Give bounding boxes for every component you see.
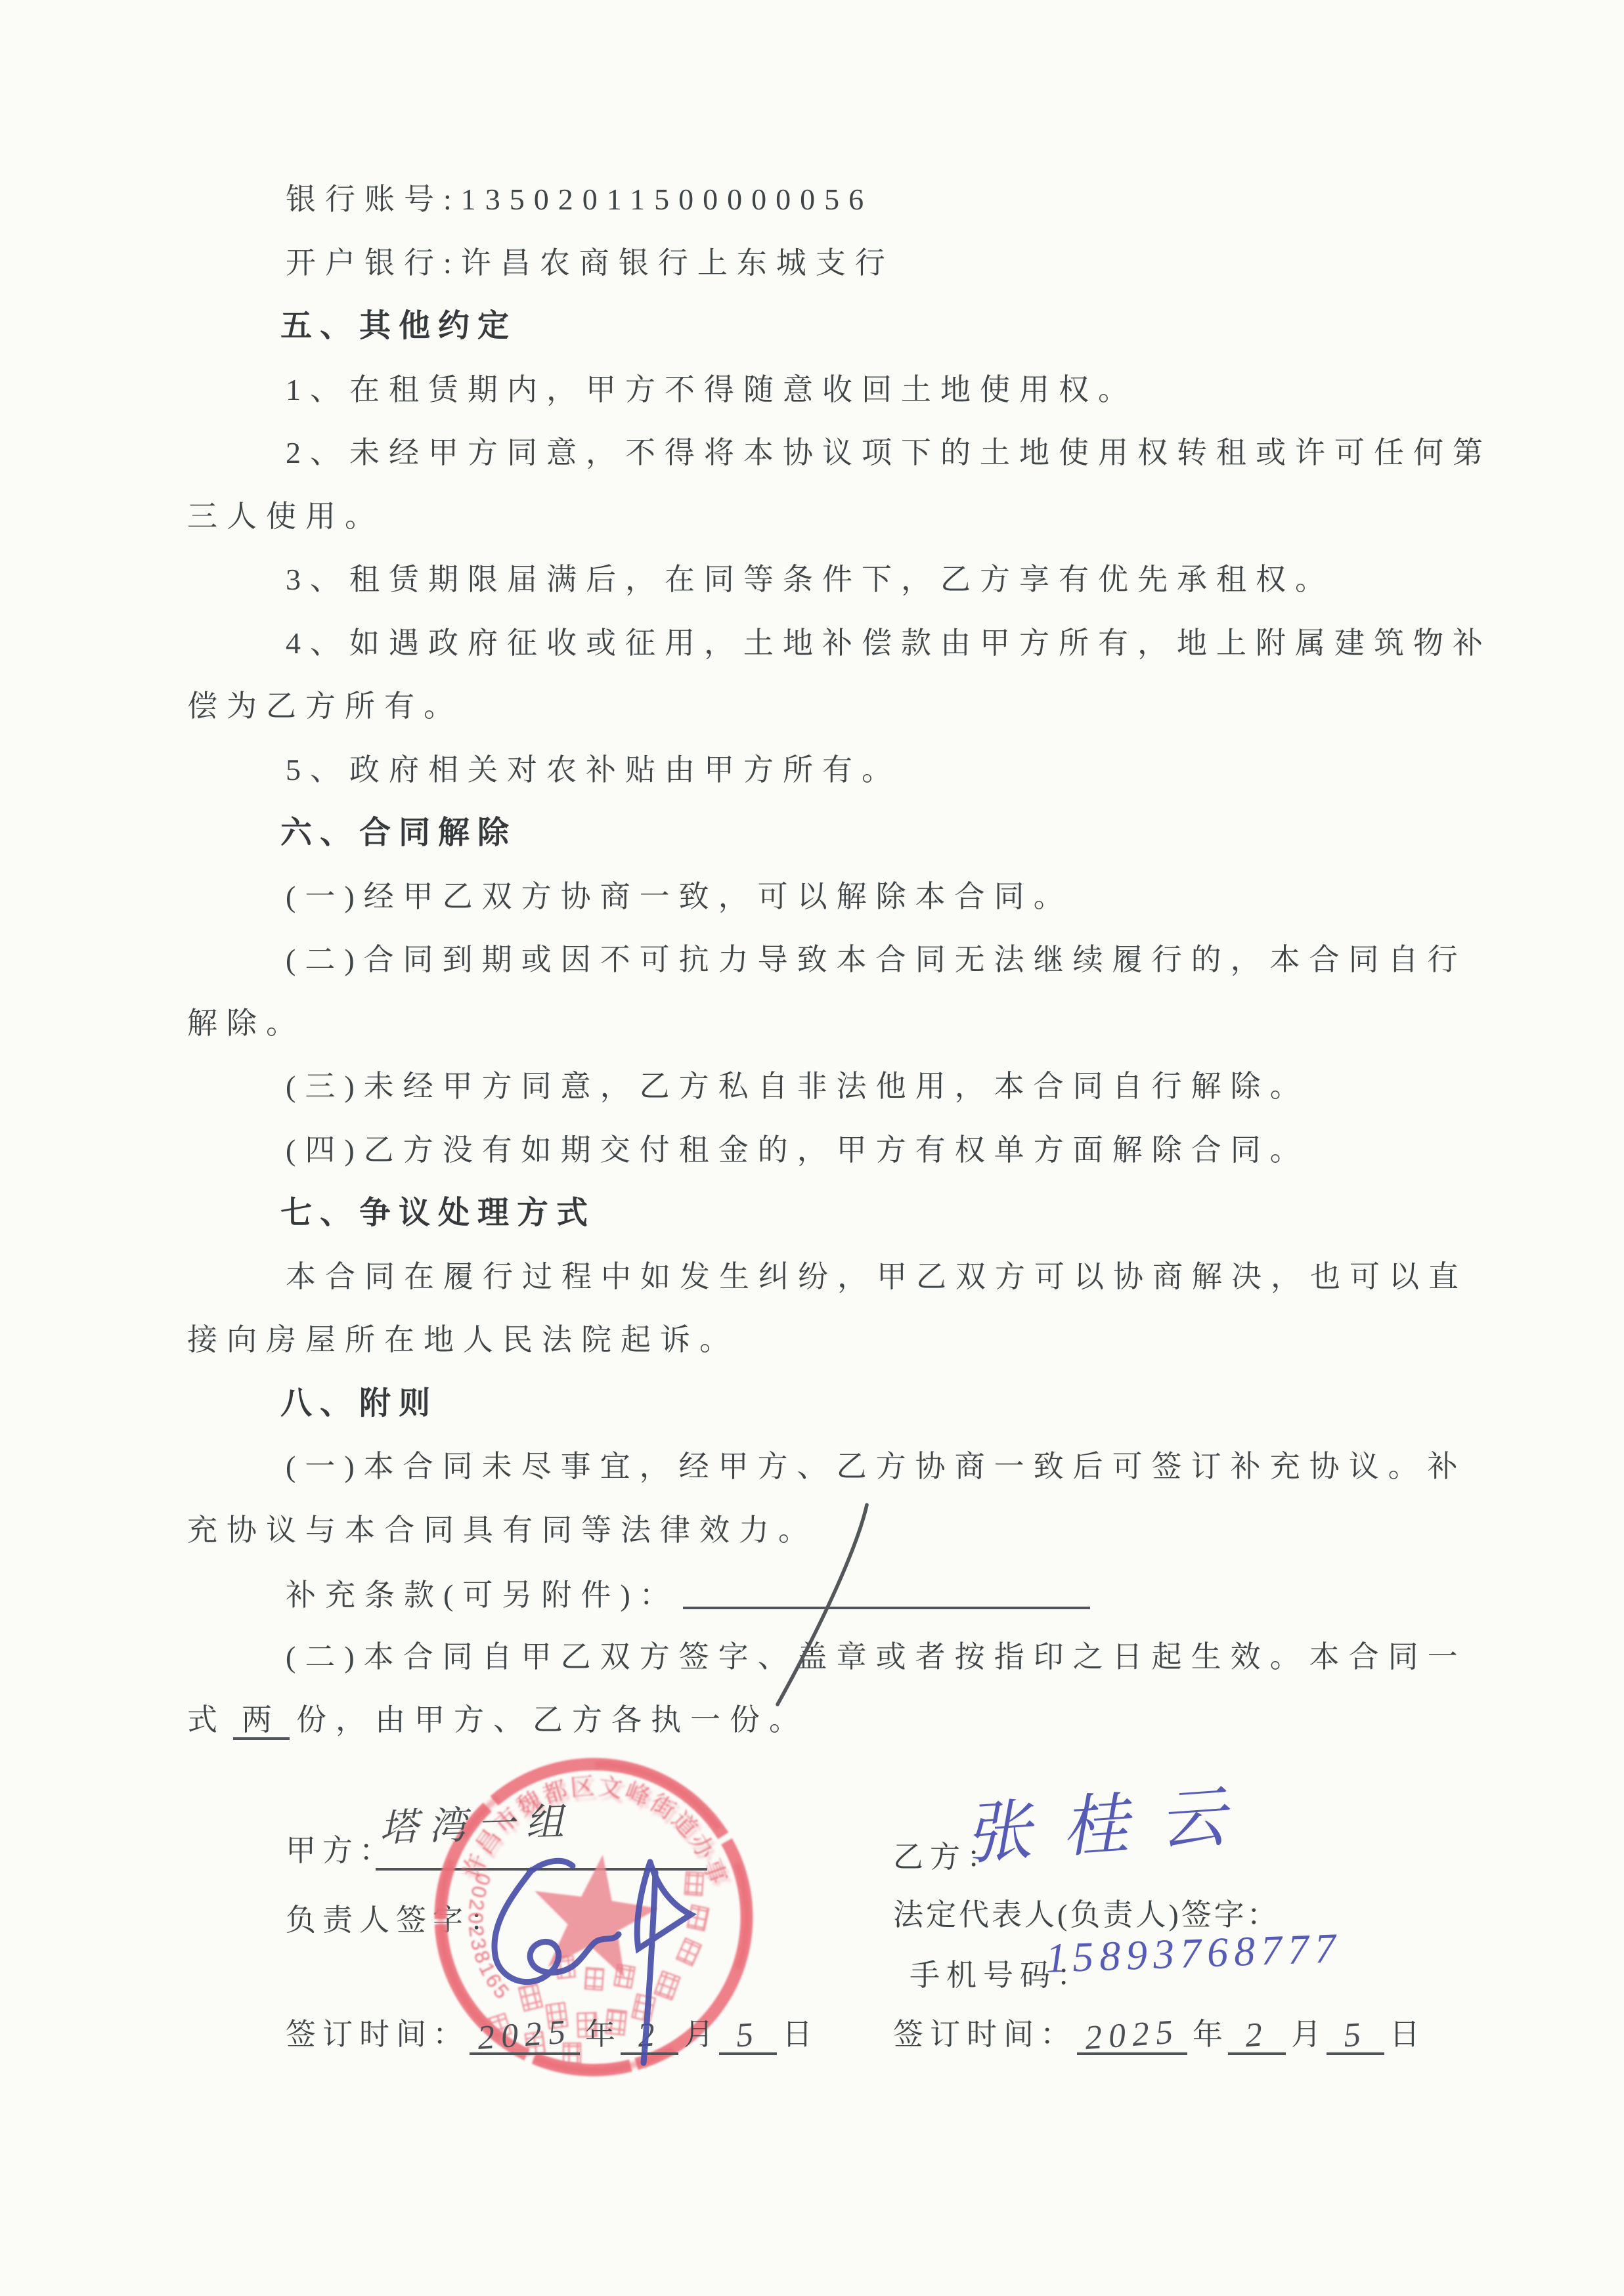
contract-line: (一)经甲乙双方协商一致，可以解除本合同。 [187, 880, 1507, 914]
contract-line: 八、附则 [187, 1387, 1507, 1421]
contract-line: 本合同在履行过程中如发生纠纷，甲乙双方可以协商解决，也可以直 [187, 1260, 1507, 1294]
handwritten-slash [754, 1496, 892, 1712]
party-b-name-handwritten: 张桂云 [961, 1762, 1258, 1878]
contract-line: 五、其他约定 [187, 309, 1507, 343]
responsible-person-signature [452, 1842, 721, 2085]
contract-page: 银行账号:13502011500000056开户银行:许昌农商银行上东城支行五、… [0, 0, 1624, 2296]
party-a-date-label: 签订时间： [286, 2018, 470, 2051]
contract-line: 三人使用。 [187, 500, 1507, 534]
contract-line: 3、租赁期限届满后，在同等条件下，乙方享有优先承租权。 [187, 563, 1507, 597]
party-b-date-label: 签订时间： [893, 2018, 1077, 2051]
contract-line: 5、政府相关对农补贴由甲方所有。 [187, 753, 1507, 787]
contract-line: 接向房屋所在地人民法院起诉。 [187, 1323, 1507, 1357]
contract-line: 1、在租赁期内，甲方不得随意收回土地使用权。 [187, 373, 1507, 407]
contract-line: 开户银行:许昌农商银行上东城支行 [187, 246, 1507, 280]
party-b-day-unit: 日 [1384, 2018, 1425, 2051]
party-b-month-handwritten: 2 [1244, 2015, 1270, 2055]
contract-line: 七、争议处理方式 [187, 1196, 1507, 1230]
party-a-day-blank: 5 [719, 2020, 777, 2055]
contract-line: 2、未经甲方同意，不得将本协议项下的土地使用权转租或许可任何第 [187, 436, 1507, 470]
contract-line: 解除。 [187, 1007, 1507, 1041]
party-b-month-unit: 月 [1286, 2018, 1327, 2051]
party-b-day-blank: 5 [1327, 2020, 1384, 2055]
party-a-day-unit: 日 [777, 2018, 818, 2051]
party-b-year-blank: 2025 [1077, 2020, 1187, 2055]
contract-line: (二)合同到期或因不可抗力导致本合同无法继续履行的，本合同自行 [187, 943, 1507, 977]
contract-line: 银行账号:13502011500000056 [187, 183, 1507, 217]
contract-line: (四)乙方没有如期交付租金的，甲方有权单方面解除合同。 [187, 1133, 1507, 1167]
contract-line: (一)本合同未尽事宜，经甲方、乙方协商一致后可签订补充协议。补 [187, 1450, 1507, 1484]
contract-line: 六、合同解除 [187, 816, 1507, 850]
party-b-signer-label: 法定代表人(负责人)签字： [893, 1898, 1280, 1932]
party-a-label: 甲方： [286, 1834, 396, 1867]
party-a-day-handwritten: 5 [735, 2015, 761, 2055]
party-b-date-row: 签订时间：2025年2月5日 [893, 2010, 1425, 2055]
contract-line: 偿为乙方所有。 [187, 689, 1507, 724]
copies-count-filled: 两 [233, 1703, 290, 1740]
party-b-year-unit: 年 [1187, 2018, 1228, 2051]
contract-line: 4、如遇政府征收或征用，土地补偿款由甲方所有，地上附属建筑物补 [187, 626, 1507, 661]
party-b-phone-handwritten: 15893768777 [1045, 1924, 1342, 1983]
party-b-day-handwritten: 5 [1342, 2015, 1369, 2055]
party-b-month-blank: 2 [1228, 2020, 1286, 2055]
party-b-year-handwritten: 2025 [1084, 2012, 1181, 2058]
contract-line: (三)未经甲方同意，乙方私自非法他用，本合同自行解除。 [187, 1070, 1507, 1104]
